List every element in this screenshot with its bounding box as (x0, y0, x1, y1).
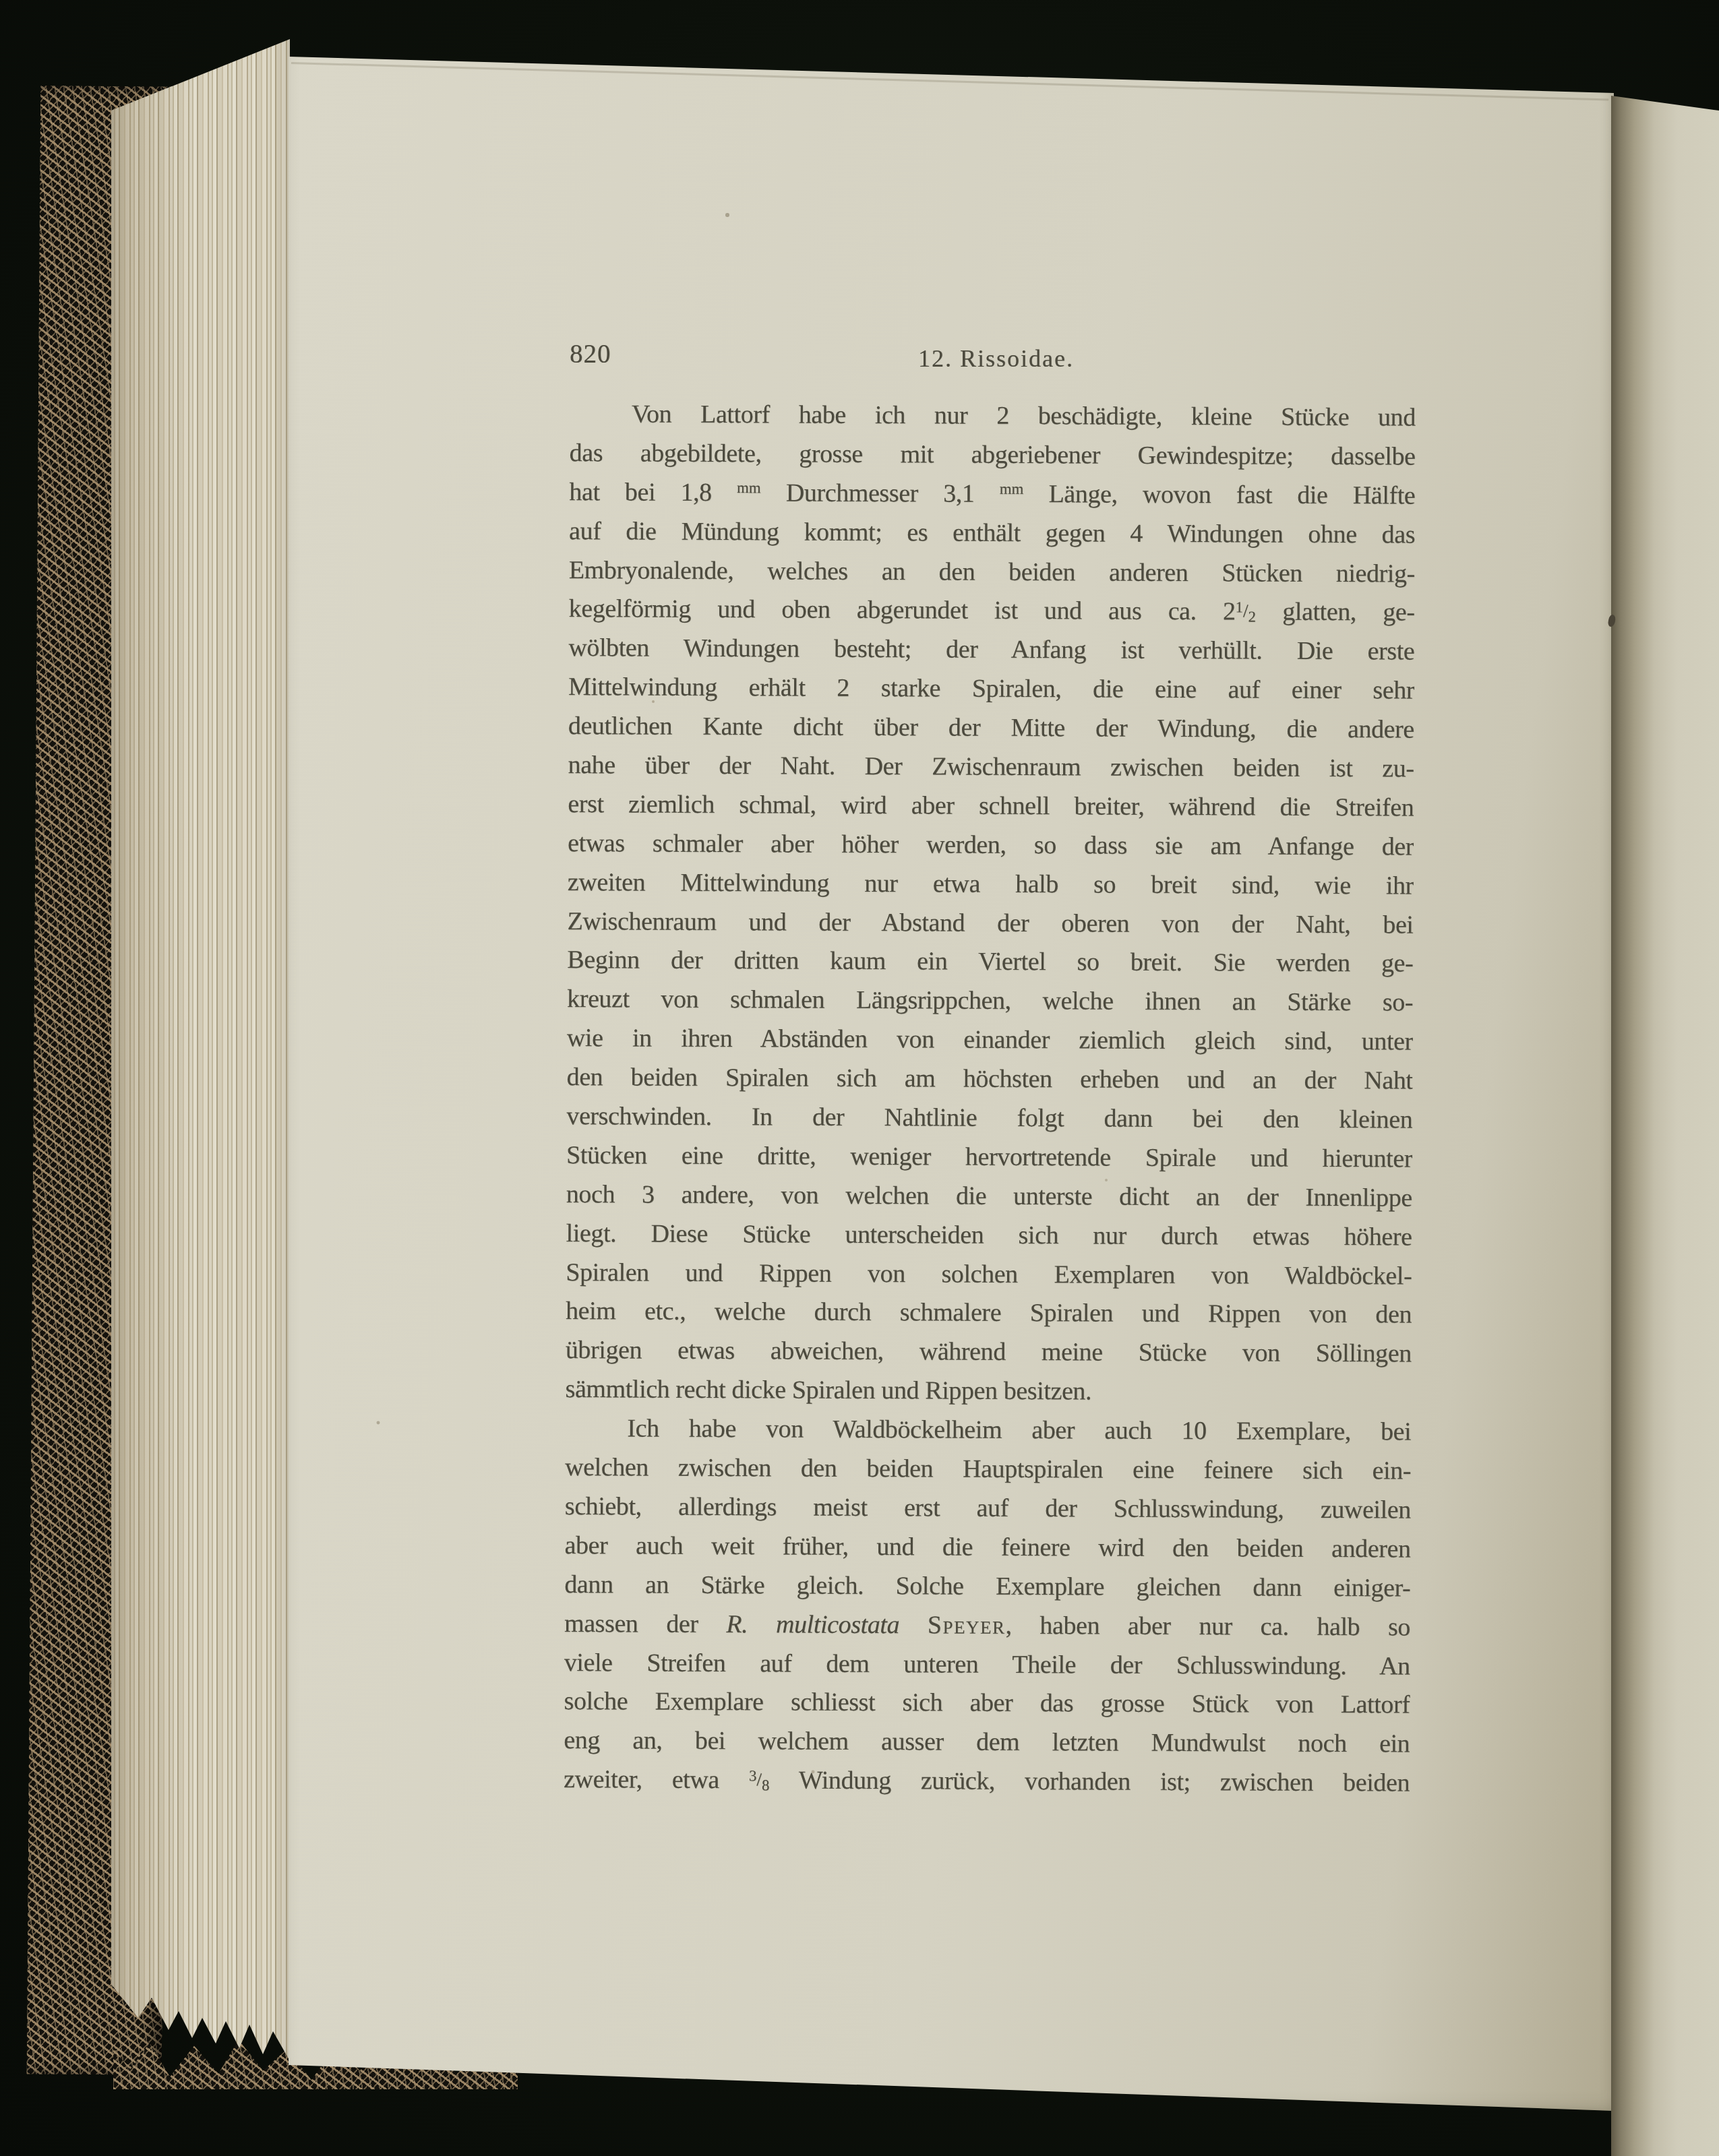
text-line: Von Lattorf habe ich nur 2 beschädigte, … (570, 395, 1416, 437)
text-segment: den beiden Spiralen sich am höchsten erh… (566, 1063, 1412, 1095)
text-segment: Von Lattorf habe ich nur 2 beschädigte, … (632, 400, 1416, 431)
text-segment: / (756, 1769, 762, 1789)
text-line: Zwischenraum und der Abstand der oberen … (567, 902, 1413, 945)
text-segment: 2 (1248, 609, 1257, 625)
text-segment: 3 (749, 1767, 757, 1784)
text-segment: zweiter, etwa (564, 1765, 749, 1794)
text-segment: erst ziemlich schmal, wird aber schnell … (568, 790, 1414, 822)
author-smallcaps: Speyer (928, 1611, 1006, 1640)
text-line: nahe über der Naht. Der Zwischenraum zwi… (568, 746, 1414, 789)
text-segment: kegelförmig und oben abgerundet ist und … (569, 594, 1236, 625)
text-segment: das abgebildete, grosse mit abgeriebener… (570, 439, 1416, 470)
text-line: auf die Mündung kommt; es enthält gegen … (569, 512, 1415, 555)
text-line: heim etc., welche durch schmalere Spiral… (566, 1292, 1412, 1334)
text-segment: Beginn der dritten kaum ein Viertel so b… (567, 946, 1413, 977)
text-line: den beiden Spiralen sich am höchsten erh… (566, 1058, 1412, 1101)
text-segment: zweiten Mittelwindung nur etwa halb so b… (568, 868, 1414, 900)
text-segment: übrigen etwas abweichen, während meine S… (566, 1336, 1412, 1367)
text-segment: dann an Stärke gleich. Solche Exemplare … (564, 1570, 1410, 1602)
text-line: sämmtlich recht dicke Spiralen und Rippe… (565, 1370, 1411, 1413)
text-segment: glatten, ge- (1256, 598, 1415, 627)
text-line: Ich habe von Waldböckelheim aber auch 10… (565, 1409, 1411, 1452)
text-segment: Zwischenraum und der Abstand der oberen … (568, 907, 1414, 939)
text-segment: mm (1000, 481, 1024, 497)
text-segment: solche Exemplare schliesst sich aber das… (564, 1687, 1410, 1719)
page-stack-edges (111, 28, 290, 2088)
text-segment: massen der (564, 1609, 726, 1638)
text-line: eng an, bei welchem ausser dem letzten M… (564, 1721, 1410, 1764)
text-line: noch 3 andere, von welchen die unterste … (566, 1175, 1412, 1218)
text-line: Embryonalende, welches an den beiden and… (569, 551, 1415, 594)
text-segment: Stücken eine dritte, weniger hervortrete… (566, 1141, 1412, 1173)
text-line: Spiralen und Rippen von solchen Exemplar… (566, 1254, 1412, 1296)
text-line: erst ziemlich schmal, wird aber schnell … (568, 785, 1414, 828)
text-segment: Spiralen und Rippen von solchen Exemplar… (566, 1258, 1412, 1290)
text-line: kreuzt von schmalen Längsrippchen, welch… (567, 980, 1413, 1022)
page-number: 820 (570, 339, 611, 369)
species-name-italic: R. multicostata (726, 1610, 899, 1639)
text-segment: welchen zwischen den beiden Hauptspirale… (565, 1453, 1411, 1485)
text-segment: Durchmesser 3,1 (760, 479, 999, 508)
text-line: wie in ihren Abständen von einander ziem… (567, 1019, 1413, 1061)
text-line: verschwinden. In der Nahtlinie folgt dan… (566, 1097, 1412, 1140)
text-line: dann an Stärke gleich. Solche Exemplare … (564, 1566, 1410, 1608)
text-segment (899, 1611, 928, 1639)
running-header: 12. Rissoidae. (918, 344, 1074, 373)
text-segment: aber auch weit früher, und die feinere w… (564, 1531, 1410, 1563)
facing-page-gutter (1611, 86, 1719, 2156)
text-line: kegelförmig und oben abgerundet ist und … (568, 590, 1414, 632)
text-line: hat bei 1,8 mm Durchmesser 3,1 mm Länge,… (569, 473, 1415, 516)
text-segment: Embryonalende, welches an den beiden and… (569, 556, 1415, 588)
text-line: Beginn der dritten kaum ein Viertel so b… (567, 941, 1413, 983)
text-line: wölbten Windungen besteht; der Anfang is… (568, 629, 1414, 671)
text-line: übrigen etwas abweichen, während meine S… (566, 1331, 1412, 1374)
text-segment: wölbten Windungen besteht; der Anfang is… (568, 634, 1414, 665)
text-segment: mm (737, 479, 761, 496)
text-segment: hat bei 1,8 (569, 478, 737, 507)
text-line: etwas schmaler aber höher werden, so das… (568, 824, 1414, 867)
text-segment: sämmtlich recht dicke Spiralen und Rippe… (565, 1375, 1091, 1405)
text-line: zweiter, etwa 3/8 Windung zurück, vorhan… (564, 1760, 1410, 1803)
text-line: solche Exemplare schliesst sich aber das… (564, 1682, 1410, 1725)
text-line: welchen zwischen den beiden Hauptspirale… (565, 1448, 1411, 1491)
text-segment: kreuzt von schmalen Längsrippchen, welch… (567, 985, 1413, 1016)
text-segment: verschwinden. In der Nahtlinie folgt dan… (566, 1102, 1412, 1134)
page-text: Von Lattorf habe ich nur 2 beschädigte, … (564, 395, 1416, 1804)
text-segment: Länge, wovon fast die Hälfte (1023, 480, 1415, 510)
text-line: Stücken eine dritte, weniger hervortrete… (566, 1136, 1412, 1179)
text-line: viele Streifen auf dem unteren Theile de… (564, 1643, 1410, 1686)
text-segment: eng an, bei welchem ausser dem letzten M… (564, 1726, 1410, 1758)
text-segment: 1 (1236, 598, 1244, 615)
text-segment: Ich habe von Waldböckelheim aber auch 10… (627, 1415, 1411, 1446)
text-segment: schiebt, allerdings meist erst auf der S… (565, 1492, 1411, 1524)
text-line: das abgebildete, grosse mit abgeriebener… (569, 434, 1415, 476)
text-line: Mittelwindung erhält 2 starke Spiralen, … (568, 668, 1414, 710)
text-line: zweiten Mittelwindung nur etwa halb so b… (568, 863, 1414, 906)
text-segment: auf die Mündung kommt; es enthält gegen … (569, 517, 1415, 549)
text-segment: nahe über der Naht. Der Zwischenraum zwi… (568, 751, 1414, 782)
text-segment: Mittelwindung erhält 2 starke Spiralen, … (568, 673, 1414, 704)
text-segment: Windung zurück, vorhanden ist; zwischen … (769, 1766, 1410, 1797)
text-segment: wie in ihren Abständen von einander ziem… (567, 1024, 1413, 1055)
text-line: aber auch weit früher, und die feinere w… (564, 1527, 1410, 1569)
text-segment: deutlichen Kante dicht über der Mitte de… (568, 712, 1414, 743)
text-segment: 8 (762, 1777, 770, 1793)
text-line: deutlichen Kante dicht über der Mitte de… (568, 707, 1414, 749)
text-segment: , haben aber nur ca. halb so (1005, 1611, 1410, 1641)
text-line: schiebt, allerdings meist erst auf der S… (565, 1487, 1411, 1530)
text-segment: etwas schmaler aber höher werden, so das… (568, 829, 1414, 861)
text-line: massen der R. multicostata Speyer, haben… (564, 1605, 1410, 1647)
text-segment: / (1243, 601, 1248, 621)
text-line: liegt. Diese Stücke unterscheiden sich n… (566, 1214, 1412, 1257)
scanned-book-photo: 820 12. Rissoidae. Von Lattorf habe ich … (0, 0, 1719, 2156)
text-segment: noch 3 andere, von welchen die unterste … (566, 1180, 1412, 1212)
text-segment: viele Streifen auf dem unteren Theile de… (564, 1648, 1410, 1680)
paper-specks (0, 0, 1, 1)
text-segment: liegt. Diese Stücke unterscheiden sich n… (566, 1219, 1412, 1251)
text-segment: heim etc., welche durch schmalere Spiral… (566, 1297, 1412, 1328)
